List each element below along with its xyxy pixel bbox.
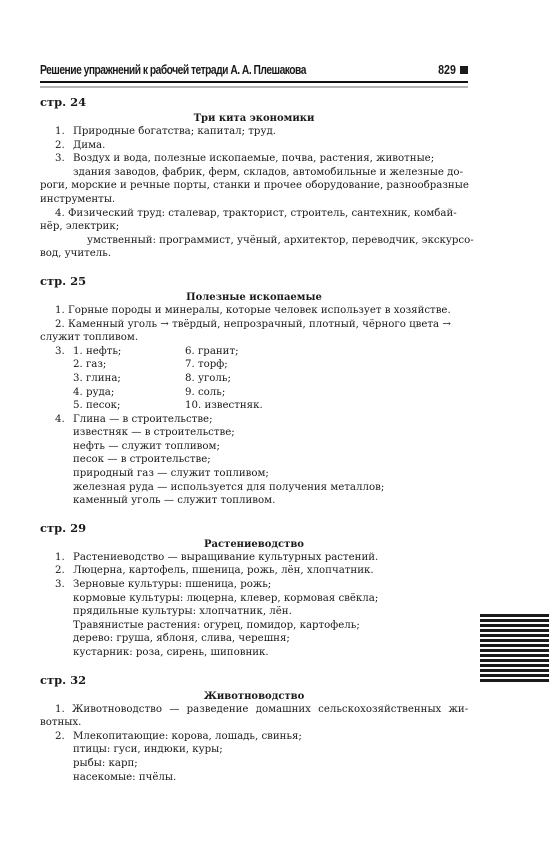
answer-line: 1.Природные богатства; капитал; труд. xyxy=(40,125,468,139)
answer-line: 4. Физический труд: сталевар, тракторист… xyxy=(40,207,468,221)
answer-line: насекомые: пчёлы. xyxy=(40,771,468,785)
answer-line: песок — в строительстве; xyxy=(40,453,468,467)
mineral-item: 3. глина; xyxy=(73,372,185,386)
answer-line: роги, морские и речные порты, станки и п… xyxy=(40,179,468,193)
page-number: 829 xyxy=(438,63,456,77)
stripe xyxy=(480,664,549,667)
black-square-icon xyxy=(460,66,468,74)
stripe xyxy=(480,674,549,677)
stripe xyxy=(480,649,549,652)
answer-line: железная руда — используется для получен… xyxy=(40,481,468,495)
section-page-24: стр. 24 Три кита экономики 1.Природные б… xyxy=(40,95,468,261)
mineral-item: 9. соль; xyxy=(185,386,335,400)
answer-line: служит топливом. xyxy=(40,331,468,345)
answer-line: 4.Глина — в строительстве; xyxy=(40,413,468,427)
mineral-item: 1. нефть; xyxy=(73,345,185,359)
page-reference: стр. 24 xyxy=(40,95,468,110)
minerals-list: 3. 1. нефть; 2. газ; 3. глина; 4. руда; … xyxy=(40,345,468,413)
answer-line: птицы: гуси, индюки, куры; xyxy=(40,743,468,757)
section-title: Растениеводство xyxy=(40,538,468,551)
stripe xyxy=(480,669,549,672)
section-page-29: стр. 29 Растениеводство 1.Растениеводств… xyxy=(40,521,468,660)
answer-line: 2.Люцерна, картофель, пшеница, рожь, лён… xyxy=(40,564,468,578)
section-title: Три кита экономики xyxy=(40,112,468,125)
mineral-item: 6. гранит; xyxy=(185,345,335,359)
answer-line: вотных. xyxy=(40,716,468,730)
answer-line: умственный: программист, учёный, архитек… xyxy=(40,234,468,248)
stripe xyxy=(480,629,549,632)
answer-line: 3.Воздух и вода, полезные ископаемые, по… xyxy=(40,152,468,166)
answer-line: известняк — в строительстве; xyxy=(40,426,468,440)
header-rule-black xyxy=(40,81,468,83)
answer-line: 1.Растениеводство — выращивание культурн… xyxy=(40,551,468,565)
section-title: Животноводство xyxy=(40,690,468,703)
running-header: Решение упражнений к рабочей тетради А. … xyxy=(40,63,468,77)
answer-line: прядильные культуры: хлопчатник, лён. xyxy=(40,605,468,619)
mineral-item: 4. руда; xyxy=(73,386,185,400)
mineral-item: 10. известняк. xyxy=(185,399,335,413)
answer-line: нёр, электрик; xyxy=(40,220,468,234)
stripe xyxy=(480,614,549,617)
running-header-title: Решение упражнений к рабочей тетради А. … xyxy=(40,63,306,77)
answer-line: здания заводов, фабрик, ферм, складов, а… xyxy=(40,166,468,180)
answer-line: нефть — служит топливом; xyxy=(40,440,468,454)
mineral-item: 5. песок; xyxy=(73,399,185,413)
stripe xyxy=(480,634,549,637)
stripe xyxy=(480,639,549,642)
mineral-item: 7. торф; xyxy=(185,358,335,372)
minerals-column-1: 1. нефть; 2. газ; 3. глина; 4. руда; 5. … xyxy=(73,345,185,413)
mineral-item: 2. газ; xyxy=(73,358,185,372)
answer-line: 3.Зерновые культуры: пшеница, рожь; xyxy=(40,578,468,592)
section-title: Полезные ископаемые xyxy=(40,291,468,304)
answer-line: инструменты. xyxy=(40,193,468,207)
mineral-item: 8. уголь; xyxy=(185,372,335,386)
answer-line: 2. Каменный уголь → твёрдый, непрозрачны… xyxy=(40,318,468,332)
stripe xyxy=(480,624,549,627)
header-rule-gray xyxy=(40,86,468,88)
stripe xyxy=(480,679,549,682)
page-reference: стр. 25 xyxy=(40,274,468,289)
page-reference: стр. 32 xyxy=(40,673,468,688)
answer-line: 1. Горные породы и минералы, которые чел… xyxy=(40,304,468,318)
answer-line: кормовые культуры: люцерна, клевер, корм… xyxy=(40,592,468,606)
answer-line: дерево: груша, яблоня, слива, черешня; xyxy=(40,632,468,646)
answer-line: кустарник: роза, сирень, шиповник. xyxy=(40,646,468,660)
stripe xyxy=(480,654,549,657)
page-content: стр. 24 Три кита экономики 1.Природные б… xyxy=(40,95,468,797)
stripe xyxy=(480,619,549,622)
section-page-25: стр. 25 Полезные ископаемые 1. Горные по… xyxy=(40,274,468,508)
answer-line: 2.Дима. xyxy=(40,139,468,153)
answer-line: каменный уголь — служит топливом. xyxy=(40,494,468,508)
answer-line: Травянистые растения: огурец, помидор, к… xyxy=(40,619,468,633)
minerals-column-2: 6. гранит; 7. торф; 8. уголь; 9. соль; 1… xyxy=(185,345,335,413)
stripe xyxy=(480,659,549,662)
answer-line: 1. Животноводство — разведение домашних … xyxy=(40,703,468,717)
section-page-32: стр. 32 Животноводство 1. Животноводство… xyxy=(40,673,468,785)
answer-line: рыбы: карп; xyxy=(40,757,468,771)
stripe xyxy=(480,644,549,647)
answer-line: природный газ — служит топливом; xyxy=(40,467,468,481)
textbook-page: Решение упражнений к рабочей тетради А. … xyxy=(0,0,559,856)
striped-thumb-index-icon xyxy=(480,614,549,684)
page-reference: стр. 29 xyxy=(40,521,468,536)
answer-line: вод, учитель. xyxy=(40,247,468,261)
answer-line: 2.Млекопитающие: корова, лошадь, свинья; xyxy=(40,730,468,744)
